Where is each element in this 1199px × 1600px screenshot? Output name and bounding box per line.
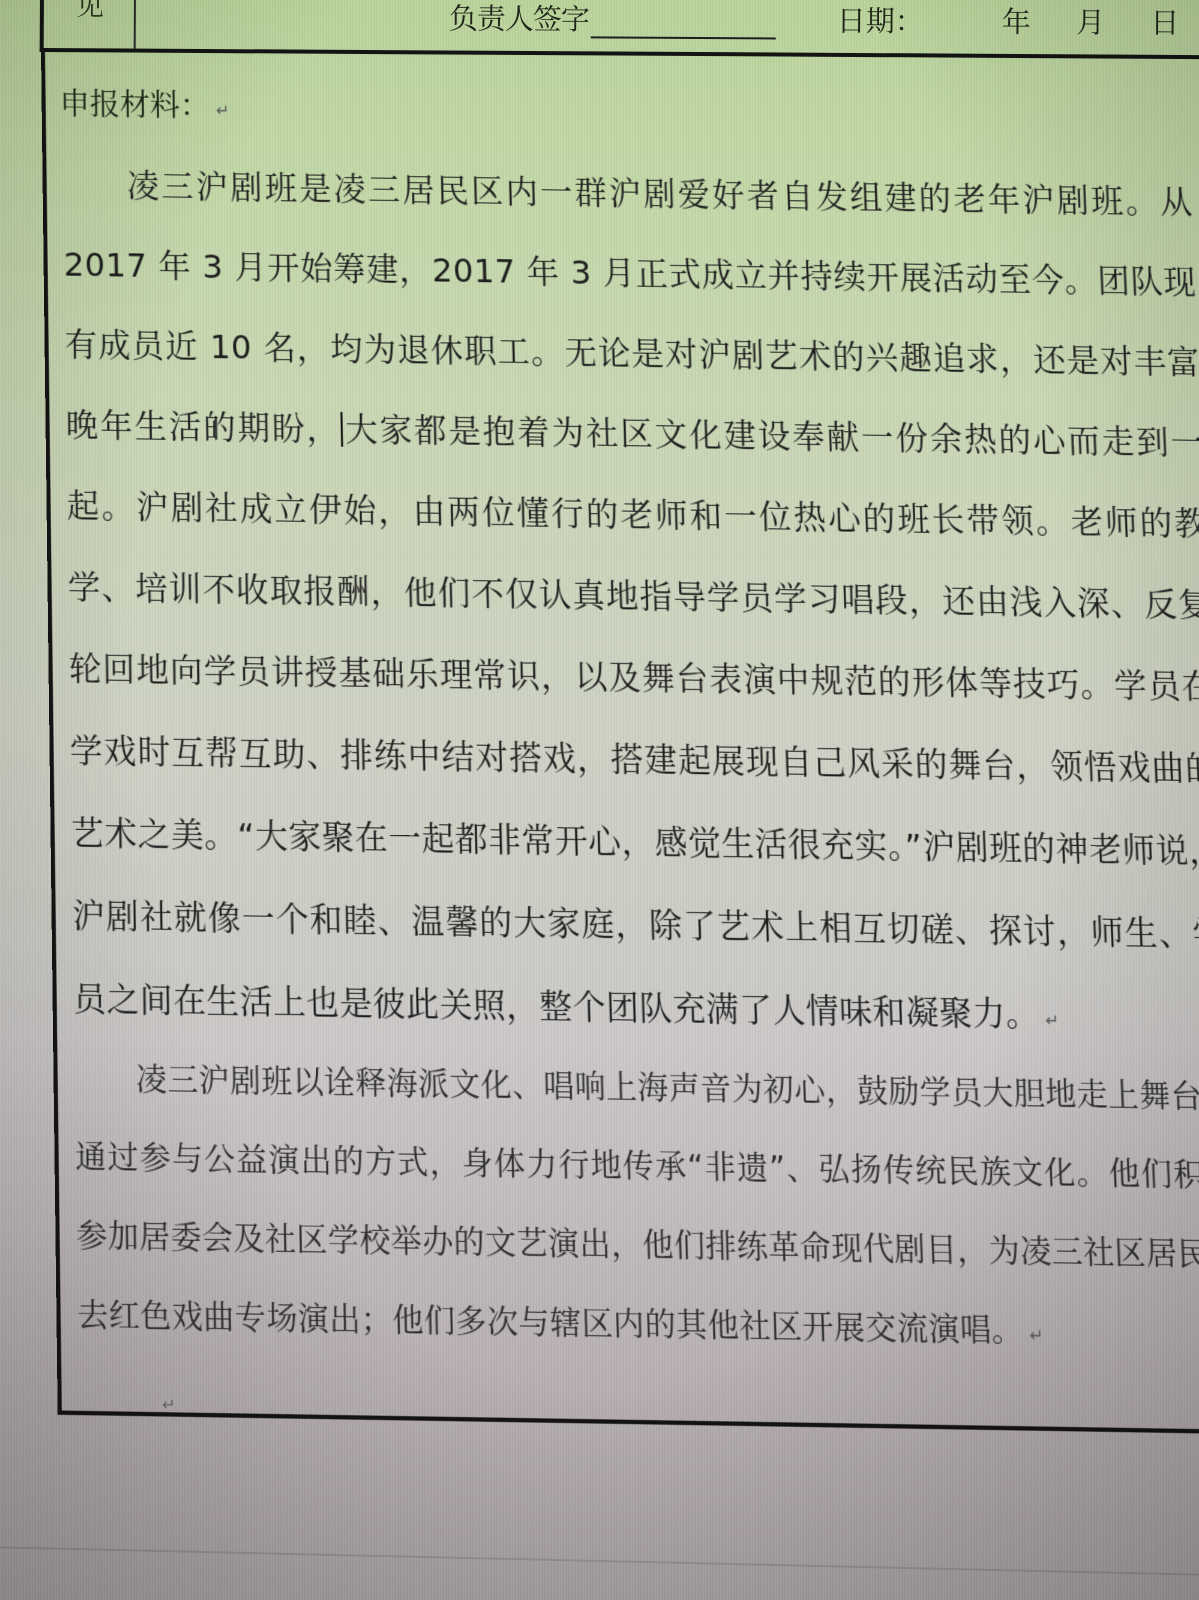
day-label: 日: [1150, 6, 1179, 40]
signature-row: 见 负责人签字 日期： 年 月 日: [40, 0, 1199, 59]
opinion-label-cell: 见: [44, 0, 136, 49]
application-material-cell[interactable]: 申报材料：↵ 凌三沪剧班是凌三居民区内一群沪剧爱好者自发组建的老年沪剧班。从 2…: [41, 50, 1199, 1435]
paragraph-1[interactable]: 凌三沪剧班是凌三居民区内一群沪剧爱好者自发组建的老年沪剧班。从 2017 年 3…: [62, 145, 1199, 1065]
paragraph-1-text-a: 凌三沪剧班是凌三居民区内一群沪剧爱好者自发组建的老年沪剧班。从 2017 年 3…: [63, 167, 1199, 449]
paragraph-2-text: 凌三沪剧班以诠释海派文化、唱响上海声音为初心，鼓励学员大胆地走上舞台，通过参与公…: [75, 1061, 1199, 1350]
paragraph-mark-icon: ↵: [216, 101, 230, 120]
paragraph-mark-icon: ↵: [1045, 1010, 1060, 1030]
paragraph-2[interactable]: 凌三沪剧班以诠释海派文化、唱响上海声音为初心，鼓励学员大胆地走上舞台，通过参与公…: [74, 1040, 1199, 1379]
paragraph-mark-icon: ↵: [1029, 1325, 1044, 1346]
date-label: 日期：: [837, 0, 924, 40]
section-label: 申报材料：↵: [59, 78, 229, 125]
paragraph-mark-icon: ↵: [162, 1395, 175, 1414]
signer-field[interactable]: 负责人签字: [449, 0, 776, 39]
month-label: 月: [1076, 5, 1105, 39]
ibeam-cursor-icon: I: [211, 420, 221, 442]
screen-reflection-line: [0, 1546, 1199, 1575]
opinion-label-partial: 见: [76, 0, 104, 24]
signature-blank-line[interactable]: [591, 8, 776, 39]
paragraph-1-text-b: 大家都是抱着为社区文化建设奉献一份余热的心而走到一起。沪剧社成立伊始，由两位懂行…: [67, 410, 1199, 1035]
date-fields[interactable]: 年 月 日: [1002, 0, 1180, 42]
section-label-text: 申报材料：: [59, 86, 210, 123]
signer-label: 负责人签字: [449, 1, 589, 36]
year-label: 年: [1002, 5, 1031, 39]
document-body[interactable]: 凌三沪剧班是凌三居民区内一群沪剧爱好者自发组建的老年沪剧班。从 2017 年 3…: [62, 145, 1199, 1379]
